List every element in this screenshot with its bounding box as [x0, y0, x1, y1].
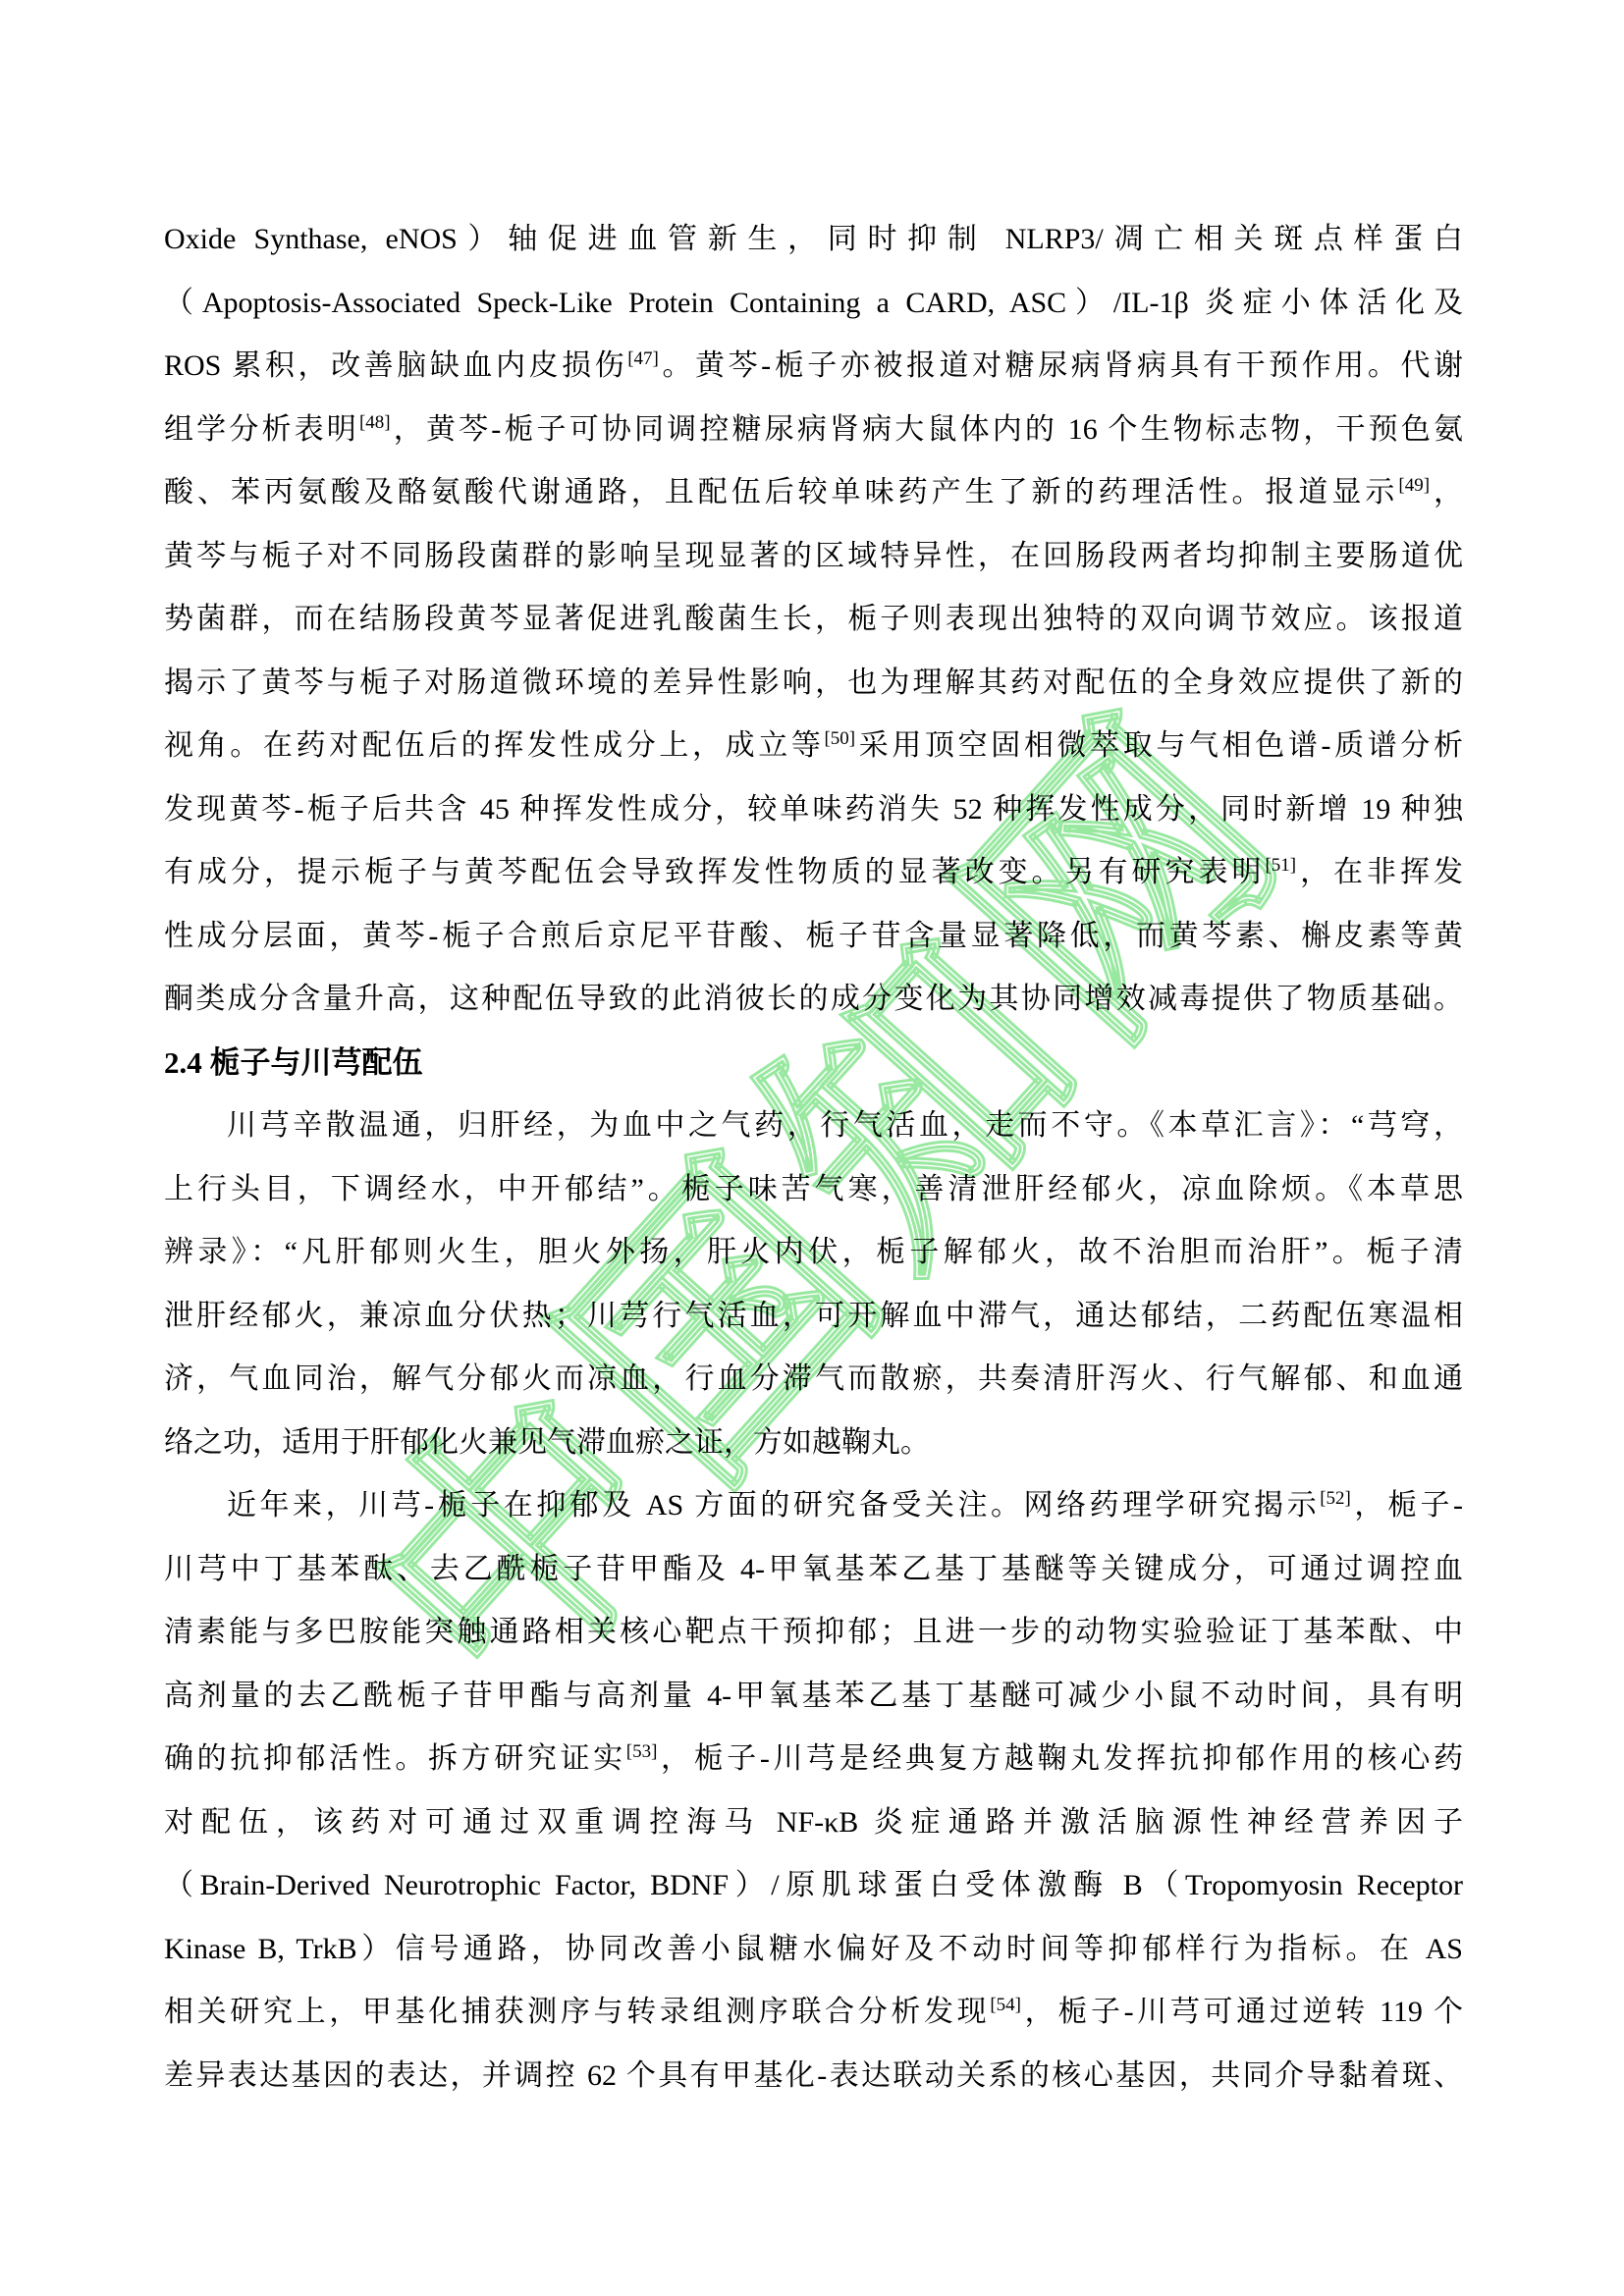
text-run: 确的抗抑郁活性。拆方研究证实 [164, 1742, 626, 1775]
text-run: ，栀子-川芎可通过逆转 119 个 [1021, 1996, 1463, 2028]
text-line: 川芎中丁基苯酞、去乙酰栀子苷甲酯及 4-甲氧基苯乙基丁基醚等关键成分，可通过调控… [164, 1538, 1463, 1602]
text-line: 酮类成分含量升高，这种配伍导致的此消彼长的成分变化为其协同增效减毒提供了物质基础… [164, 968, 1463, 1032]
text-run: ，在非挥发 [1296, 856, 1463, 888]
text-run: 视角。在药对配伍后的挥发性成分上，成立等 [164, 729, 824, 762]
text-line: （Brain-Derived Neurotrophic Factor, BDNF… [164, 1854, 1463, 1918]
text-line: Oxide Synthase, eNOS）轴促进血管新生，同时抑制 NLRP3/… [164, 208, 1463, 272]
document-page: 中国知网 Oxide Synthase, eNOS）轴促进血管新生，同时抑制 N… [0, 0, 1624, 2296]
text-run: 有成分，提示栀子与黄芩配伍会导致挥发性物质的显著改变。另有研究表明 [164, 856, 1265, 888]
text-run: 高剂量的去乙酰栀子苷甲酯与高剂量 4-甲氧基苯乙基丁基醚可减少小鼠不动时间，具有… [164, 1680, 1463, 1712]
text-run: 络之功，适用于肝郁化火兼见气滞血瘀之证，方如越鞠丸。 [164, 1426, 930, 1459]
text-line: Kinase B, TrkB）信号通路，协同改善小鼠糖水偏好及不动时间等抑郁样行… [164, 1918, 1463, 1982]
text-line: 确的抗抑郁活性。拆方研究证实[53]，栀子-川芎是经典复方越鞠丸发挥抗抑郁作用的… [164, 1728, 1463, 1791]
text-run: 性成分层面，黄芩-栀子合煎后京尼平苷酸、栀子苷含量显著降低，而黄芩素、槲皮素等黄 [164, 920, 1463, 952]
text-run: 上行头目，下调经水，中开郁结”。栀子味苦气寒，善清泄肝经郁火，凉血除烦。《本草思 [164, 1173, 1463, 1205]
text-run: （Apoptosis-Associated Speck-Like Protein… [164, 287, 1463, 319]
text-run: ，栀子-川芎是经典复方越鞠丸发挥抗抑郁作用的核心药 [657, 1742, 1463, 1775]
text-line: 差异表达基因的表达，并调控 62 个具有甲基化-表达联动关系的核心基因，共同介导… [164, 2045, 1463, 2109]
text-run: 差异表达基因的表达，并调控 62 个具有甲基化-表达联动关系的核心基因，共同介导… [164, 2059, 1463, 2092]
text-line: 性成分层面，黄芩-栀子合煎后京尼平苷酸、栀子苷含量显著降低，而黄芩素、槲皮素等黄 [164, 905, 1463, 969]
text-line: 川芎辛散温通，归肝经，为血中之气药，行气活血，走而不守。《本草汇言》：“芎穹， [164, 1095, 1463, 1158]
text-run: 川芎中丁基苯酞、去乙酰栀子苷甲酯及 4-甲氧基苯乙基丁基醚等关键成分，可通过调控… [164, 1553, 1463, 1585]
text-line: 对配伍，该药对可通过双重调控海马 NF-κB 炎症通路并激活脑源性神经营养因子 [164, 1791, 1463, 1855]
text-run: 采用顶空固相微萃取与气相色谱-质谱分析 [855, 729, 1463, 762]
text-run: ，栀子- [1351, 1489, 1463, 1522]
text-run: 酸、苯丙氨酸及酪氨酸代谢通路，且配伍后较单味药产生了新的药理活性。报道显示 [164, 476, 1398, 508]
text-run: （Brain-Derived Neurotrophic Factor, BDNF… [164, 1869, 1463, 1901]
text-run: Kinase B, TrkB）信号通路，协同改善小鼠糖水偏好及不动时间等抑郁样行… [164, 1933, 1463, 1965]
text-run: 辨录》：“凡肝郁则火生，胆火外扬，肝火内伏，栀子解郁火，故不治胆而治肝”。栀子清 [164, 1236, 1463, 1268]
text-line: 上行头目，下调经水，中开郁结”。栀子味苦气寒，善清泄肝经郁火，凉血除烦。《本草思 [164, 1158, 1463, 1222]
text-line: 发现黄芩-栀子后共含 45 种挥发性成分，较单味药消失 52 种挥发性成分，同时… [164, 778, 1463, 842]
text-run: ROS 累积，改善脑缺血内皮损伤 [164, 349, 627, 382]
text-line: 清素能与多巴胺能突触通路相关核心靶点干预抑郁；且进一步的动物实验验证丁基苯酞、中 [164, 1601, 1463, 1665]
text-run: 相关研究上，甲基化捕获测序与转录组测序联合分析发现 [164, 1996, 990, 2028]
text-line: 势菌群，而在结肠段黄芩显著促进乳酸菌生长，栀子则表现出独特的双向调节效应。该报道 [164, 588, 1463, 652]
text-run: 组学分析表明 [164, 413, 359, 446]
text-run: Oxide Synthase, eNOS）轴促进血管新生，同时抑制 NLRP3/… [164, 223, 1463, 255]
text-run: 川芎辛散温通，归肝经，为血中之气药，行气活血，走而不守。《本草汇言》：“芎穹， [227, 1109, 1463, 1142]
text-line: 高剂量的去乙酰栀子苷甲酯与高剂量 4-甲氧基苯乙基丁基醚可减少小鼠不动时间，具有… [164, 1665, 1463, 1729]
citation-ref: [51] [1265, 855, 1296, 876]
citation-ref: [54] [990, 1995, 1021, 2015]
citation-ref: [50] [824, 728, 855, 749]
text-run: 泄肝经郁火，兼凉血分伏热；川芎行气活血，可开解血中滞气，通达郁结，二药配伍寒温相 [164, 1300, 1463, 1332]
text-line: 相关研究上，甲基化捕获测序与转录组测序联合分析发现[54]，栀子-川芎可通过逆转… [164, 1981, 1463, 2045]
text-line: 组学分析表明[48]，黄芩-栀子可协同调控糖尿病肾病大鼠体内的 16 个生物标志… [164, 399, 1463, 462]
text-run: 近年来，川芎-栀子在抑郁及 AS 方面的研究备受关注。网络药理学研究揭示 [227, 1489, 1320, 1522]
text-line: 有成分，提示栀子与黄芩配伍会导致挥发性物质的显著改变。另有研究表明[51]，在非… [164, 841, 1463, 905]
text-line: ROS 累积，改善脑缺血内皮损伤[47]。黄芩-栀子亦被报道对糖尿病肾病具有干预… [164, 335, 1463, 399]
text-run: 对配伍，该药对可通过双重调控海马 NF-κB 炎症通路并激活脑源性神经营养因子 [164, 1806, 1463, 1839]
text-block: Oxide Synthase, eNOS）轴促进血管新生，同时抑制 NLRP3/… [164, 208, 1463, 2108]
text-line: 近年来，川芎-栀子在抑郁及 AS 方面的研究备受关注。网络药理学研究揭示[52]… [164, 1474, 1463, 1538]
text-run: 。黄芩-栀子亦被报道对糖尿病肾病具有干预作用。代谢 [659, 349, 1463, 382]
citation-ref: [52] [1320, 1488, 1351, 1509]
text-run: 发现黄芩-栀子后共含 45 种挥发性成分，较单味药消失 52 种挥发性成分，同时… [164, 793, 1463, 826]
text-line: 视角。在药对配伍后的挥发性成分上，成立等[50]采用顶空固相微萃取与气相色谱-质… [164, 715, 1463, 778]
citation-ref: [49] [1398, 475, 1430, 496]
text-run: 势菌群，而在结肠段黄芩显著促进乳酸菌生长，栀子则表现出独特的双向调节效应。该报道 [164, 603, 1463, 635]
section-heading: 2.4 栀子与川芎配伍 [164, 1032, 1463, 1095]
text-line: 络之功，适用于肝郁化火兼见气滞血瘀之证，方如越鞠丸。 [164, 1412, 1463, 1475]
text-run: 济，气血同治，解气分郁火而凉血，行血分滞气而散瘀，共奏清肝泻火、行气解郁、和血通 [164, 1362, 1463, 1395]
text-line: 酸、苯丙氨酸及酪氨酸代谢通路，且配伍后较单味药产生了新的药理活性。报道显示[49… [164, 461, 1463, 525]
text-run: ，黄芩-栀子可协同调控糖尿病肾病大鼠体内的 16 个生物标志物，干预色氨 [391, 413, 1463, 446]
citation-ref: [48] [359, 412, 391, 433]
citation-ref: [53] [626, 1741, 658, 1762]
text-line: 济，气血同治，解气分郁火而凉血，行血分滞气而散瘀，共奏清肝泻火、行气解郁、和血通 [164, 1348, 1463, 1412]
citation-ref: [47] [627, 348, 659, 369]
text-run: 2.4 栀子与川芎配伍 [164, 1045, 423, 1080]
text-run: 揭示了黄芩与栀子对肠道微环境的差异性影响，也为理解其药对配伍的全身效应提供了新的 [164, 667, 1463, 699]
text-run: 酮类成分含量升高，这种配伍导致的此消彼长的成分变化为其协同增效减毒提供了物质基础… [164, 983, 1463, 1015]
text-line: （Apoptosis-Associated Speck-Like Protein… [164, 272, 1463, 336]
text-run: 黄芩与栀子对不同肠段菌群的影响呈现显著的区域特异性，在回肠段两者均抑制主要肠道优 [164, 540, 1463, 572]
text-line: 辨录》：“凡肝郁则火生，胆火外扬，肝火内伏，栀子解郁火，故不治胆而治肝”。栀子清 [164, 1221, 1463, 1285]
text-run: ， [1430, 476, 1463, 508]
text-line: 揭示了黄芩与栀子对肠道微环境的差异性影响，也为理解其药对配伍的全身效应提供了新的 [164, 652, 1463, 716]
text-line: 黄芩与栀子对不同肠段菌群的影响呈现显著的区域特异性，在回肠段两者均抑制主要肠道优 [164, 525, 1463, 589]
text-run: 清素能与多巴胺能突触通路相关核心靶点干预抑郁；且进一步的动物实验验证丁基苯酞、中 [164, 1616, 1463, 1648]
text-line: 泄肝经郁火，兼凉血分伏热；川芎行气活血，可开解血中滞气，通达郁结，二药配伍寒温相 [164, 1285, 1463, 1349]
